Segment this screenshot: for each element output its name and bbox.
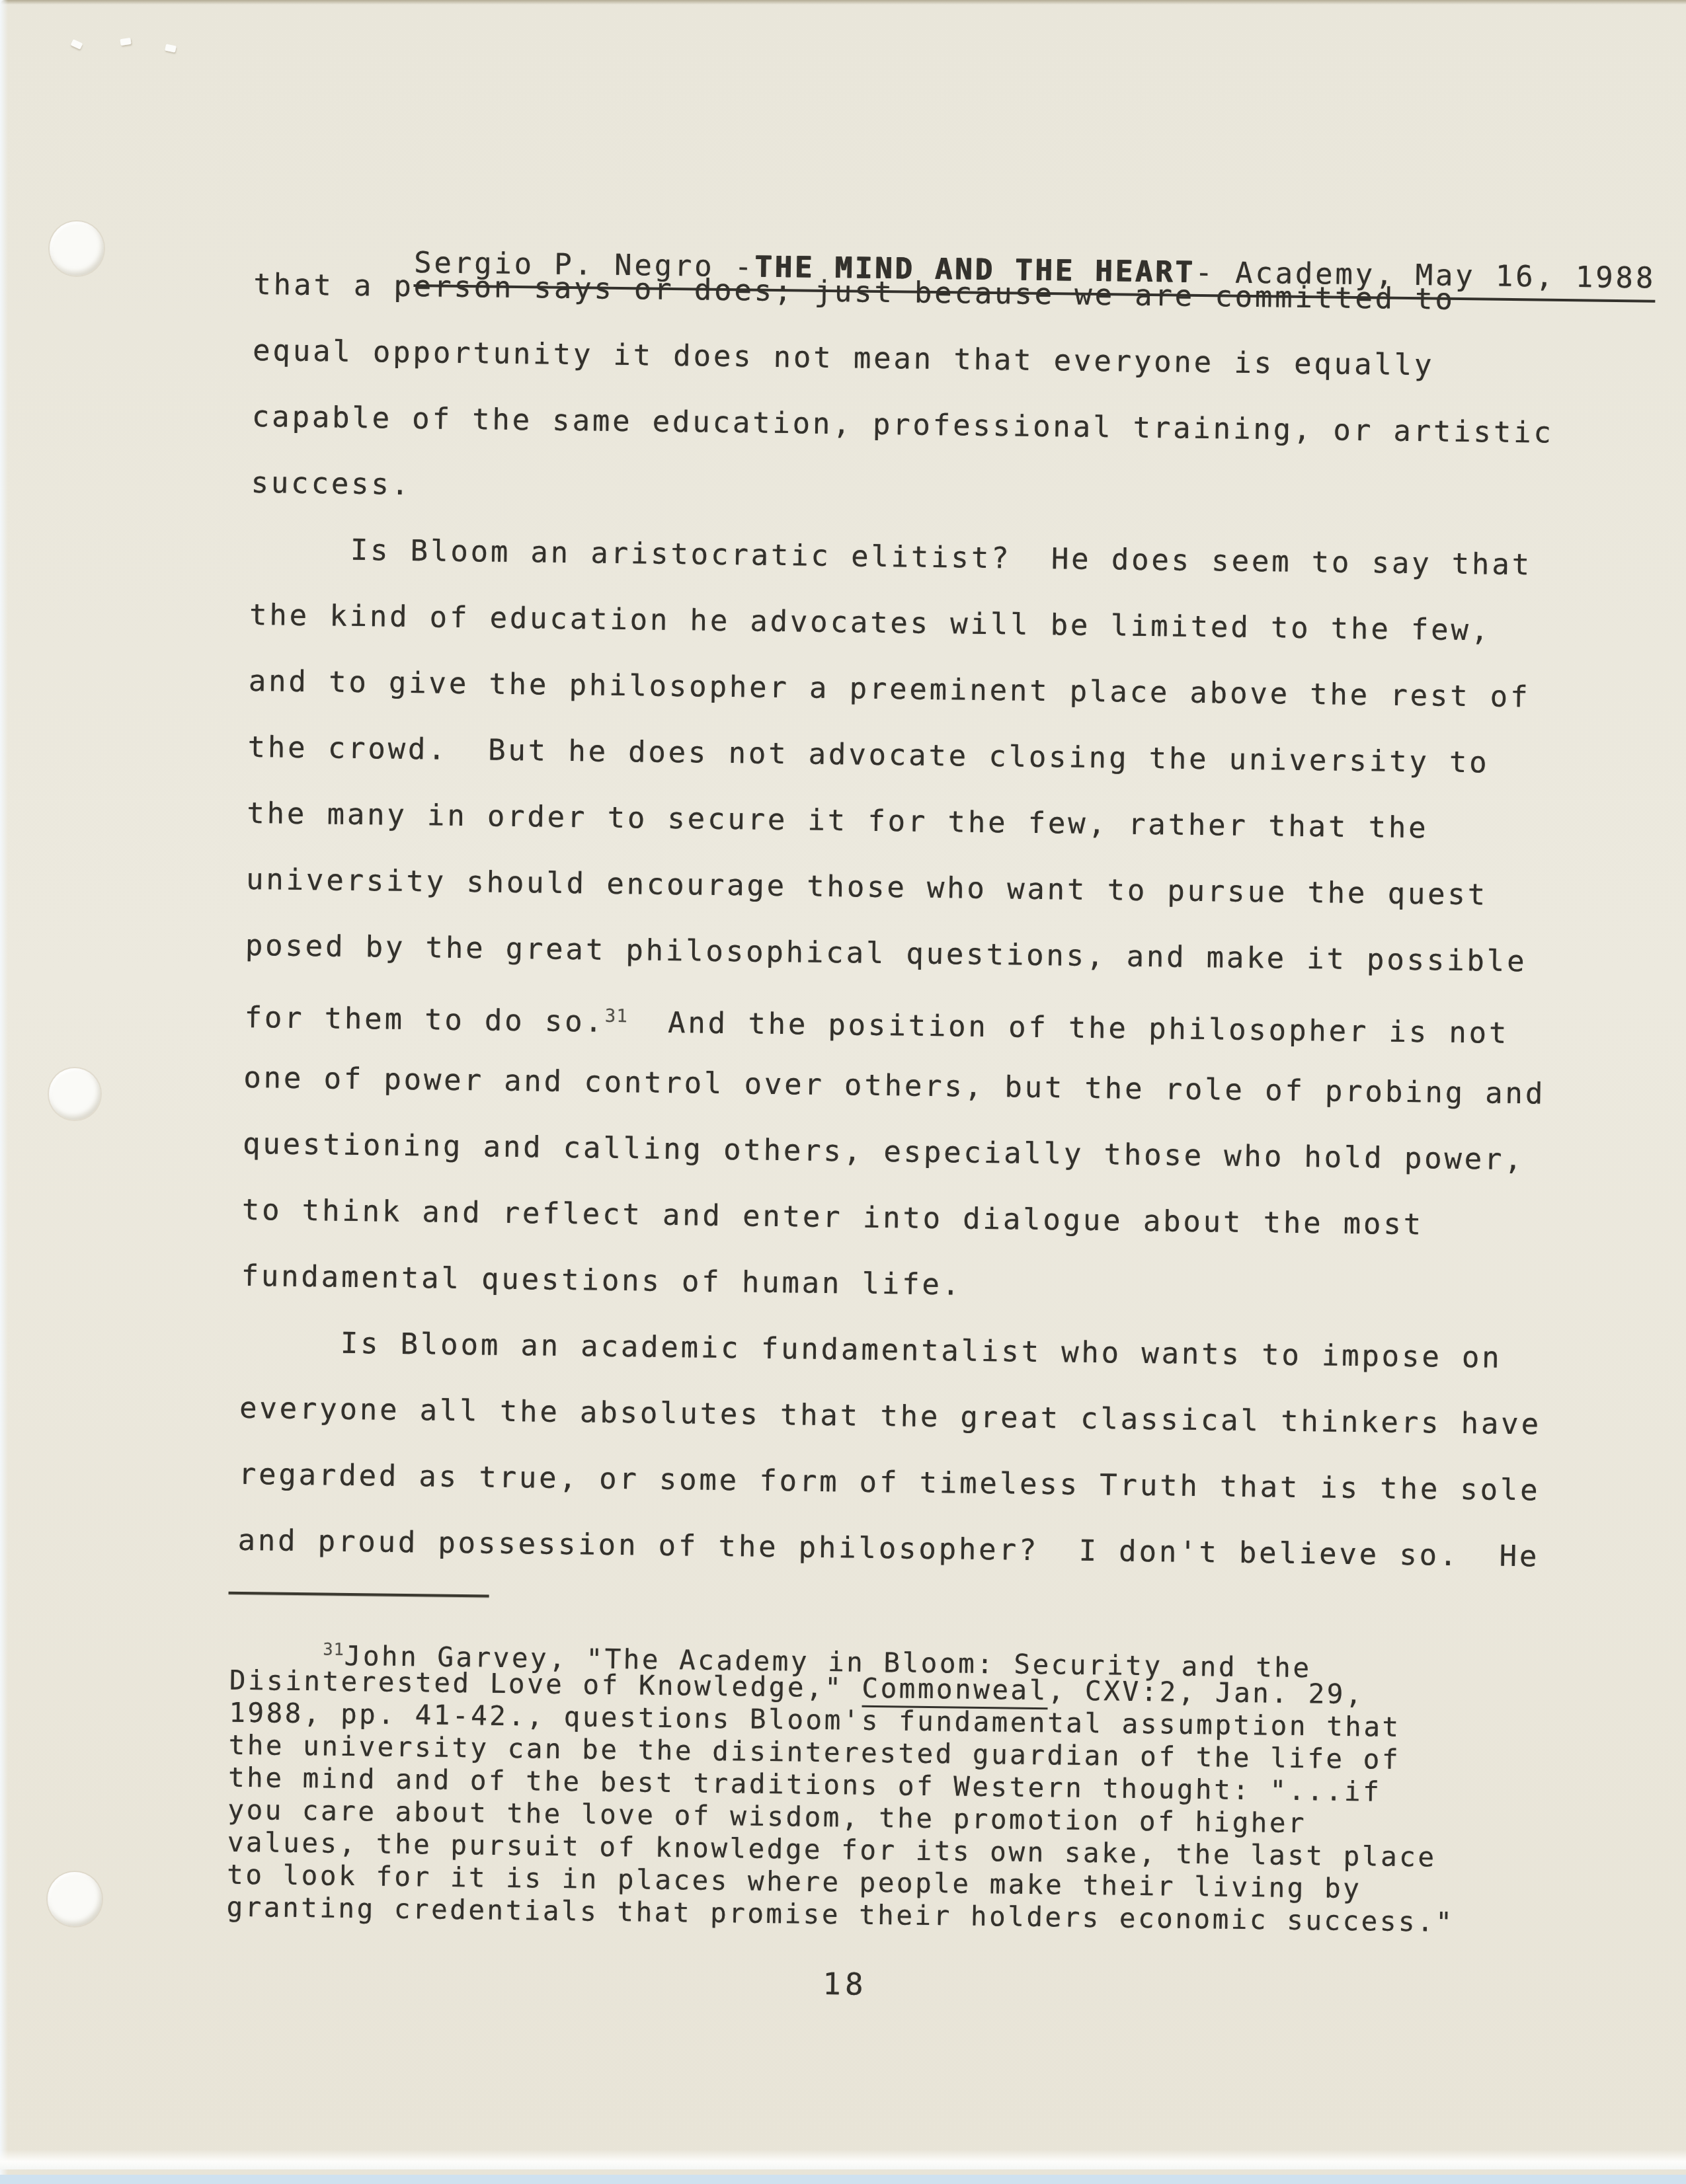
- typewritten-content: Sergio P. Negro -THE MIND AND THE HEART-…: [255, 206, 1630, 223]
- punch-hole-bottom: [48, 1872, 102, 1926]
- text-segment: 31: [605, 1006, 628, 1027]
- scan-edge-top: [0, 0, 1686, 5]
- scan-edge-left: [0, 0, 8, 2175]
- text-segment: 31: [323, 1639, 344, 1658]
- page-number: 18: [823, 1966, 867, 2002]
- scan-edge-bottom-highlight: [0, 2150, 1686, 2169]
- text-segment: Commonweal: [862, 1672, 1048, 1710]
- punch-hole-middle: [49, 1068, 100, 1120]
- punch-hole-top: [50, 221, 104, 276]
- paper-sheet: Sergio P. Negro -THE MIND AND THE HEART-…: [0, 0, 1686, 2175]
- scan-background-strip: [0, 2175, 1686, 2184]
- text-segment: And the position of the philosopher is n…: [627, 1005, 1509, 1050]
- staple-mark: [71, 39, 83, 50]
- text-segment: , CXV:2, Jan. 29,: [1047, 1674, 1364, 1710]
- footnote-text: 31John Garvey, "The Academy in Bloom: Se…: [226, 1632, 1457, 1939]
- staple-mark: [120, 38, 131, 46]
- body-text: that a person says or does; just because…: [237, 252, 1556, 1590]
- footnote-separator: [229, 1592, 489, 1598]
- scanned-page: Sergio P. Negro -THE MIND AND THE HEART-…: [0, 0, 1686, 2184]
- text-segment: for them to do so.: [244, 1001, 605, 1039]
- staple-mark: [165, 44, 177, 52]
